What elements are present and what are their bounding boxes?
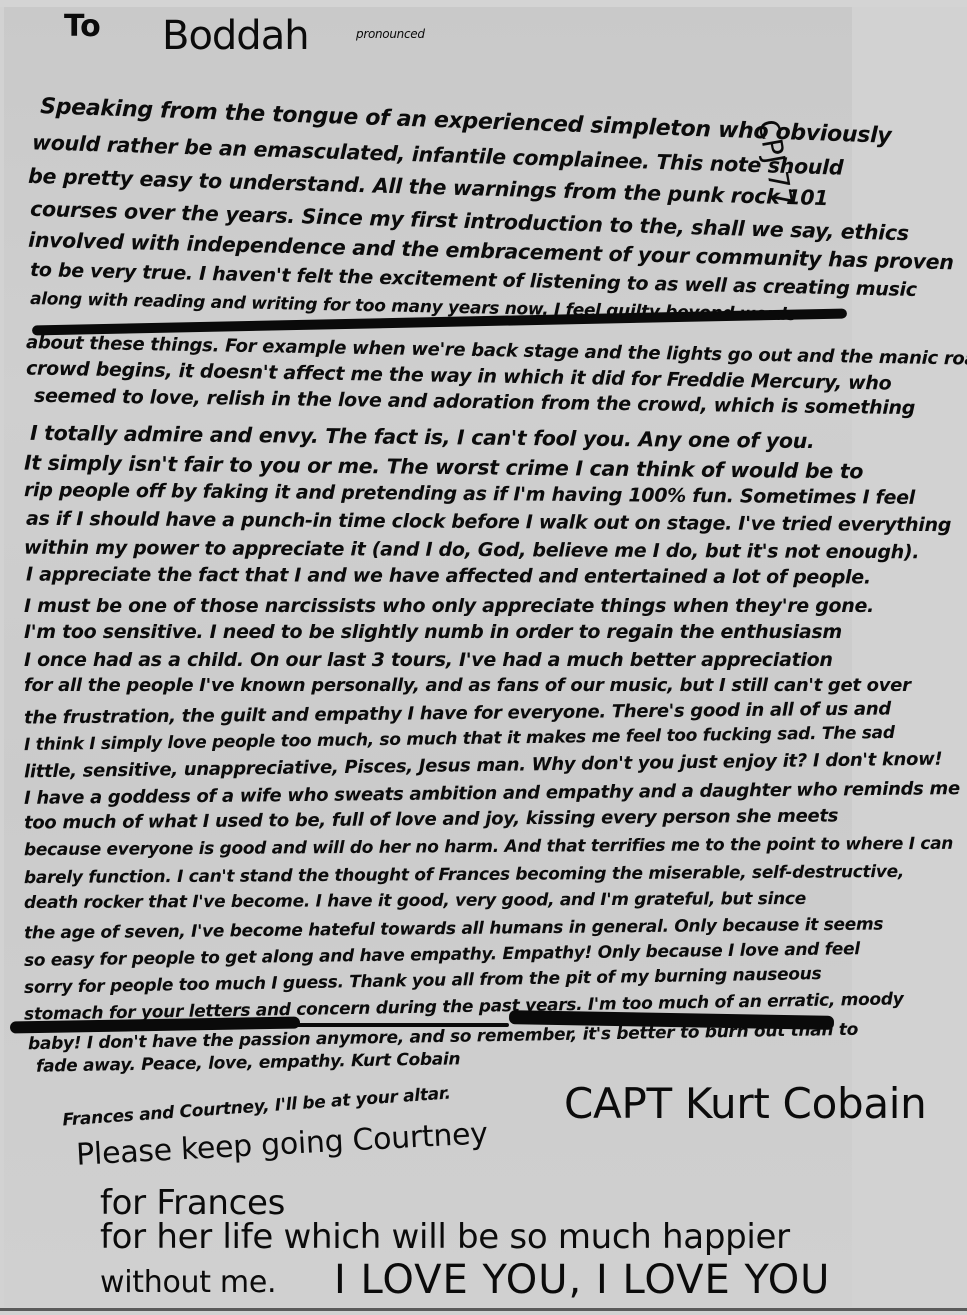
closing-line-4: for her life which will be so much happi… bbox=[100, 1217, 790, 1257]
bottom-rule bbox=[0, 1308, 967, 1311]
letter-line: barely function. I can't stand the thoug… bbox=[24, 862, 904, 888]
letter-line: rip people off by faking it and pretendi… bbox=[24, 479, 915, 509]
header-pronounced: pronounced bbox=[356, 27, 425, 41]
header-to: To bbox=[64, 9, 101, 44]
letter-line: the age of seven, I've become hateful to… bbox=[24, 915, 883, 944]
letter-line: as if I should have a punch-in time cloc… bbox=[26, 508, 951, 536]
letter-line: I once had as a child. On our last 3 tou… bbox=[24, 649, 833, 671]
letter-line: fade away. Peace, love, empathy. Kurt Co… bbox=[36, 1049, 461, 1076]
letter-line: I have a goddess of a wife who sweats am… bbox=[24, 778, 960, 809]
handwritten-letter-page: To Boddah pronounced CPJ 77 Speaking fro… bbox=[4, 7, 852, 1307]
scribbled-out-line bbox=[289, 1023, 509, 1027]
letter-line: I must be one of those narcissists who o… bbox=[24, 595, 874, 617]
signature: CAPT Kurt Cobain bbox=[564, 1079, 926, 1128]
letter-line: because everyone is good and will do her… bbox=[24, 834, 953, 860]
top-band bbox=[0, 0, 967, 7]
letter-line: I'm too sensitive. I need to be slightly… bbox=[24, 621, 842, 643]
letter-line: I totally admire and envy. The fact is, … bbox=[30, 421, 815, 453]
letter-line: It simply isn't fair to you or me. The w… bbox=[24, 451, 863, 484]
letter-line: for all the people I've known personally… bbox=[24, 675, 911, 696]
letter-line: death rocker that I've become. I have it… bbox=[24, 889, 806, 913]
closing-love: I LOVE YOU, I LOVE YOU bbox=[334, 1257, 830, 1303]
header-name: Boddah bbox=[162, 13, 309, 59]
letter-line: too much of what I used to be, full of l… bbox=[24, 805, 838, 833]
letter-line: I appreciate the fact that I and we have… bbox=[26, 564, 871, 589]
letter-line: within my power to appreciate it (and I … bbox=[24, 537, 919, 564]
letter-line: little, sensitive, unappreciative, Pisce… bbox=[24, 749, 943, 783]
closing-line-5: without me. bbox=[100, 1265, 276, 1300]
